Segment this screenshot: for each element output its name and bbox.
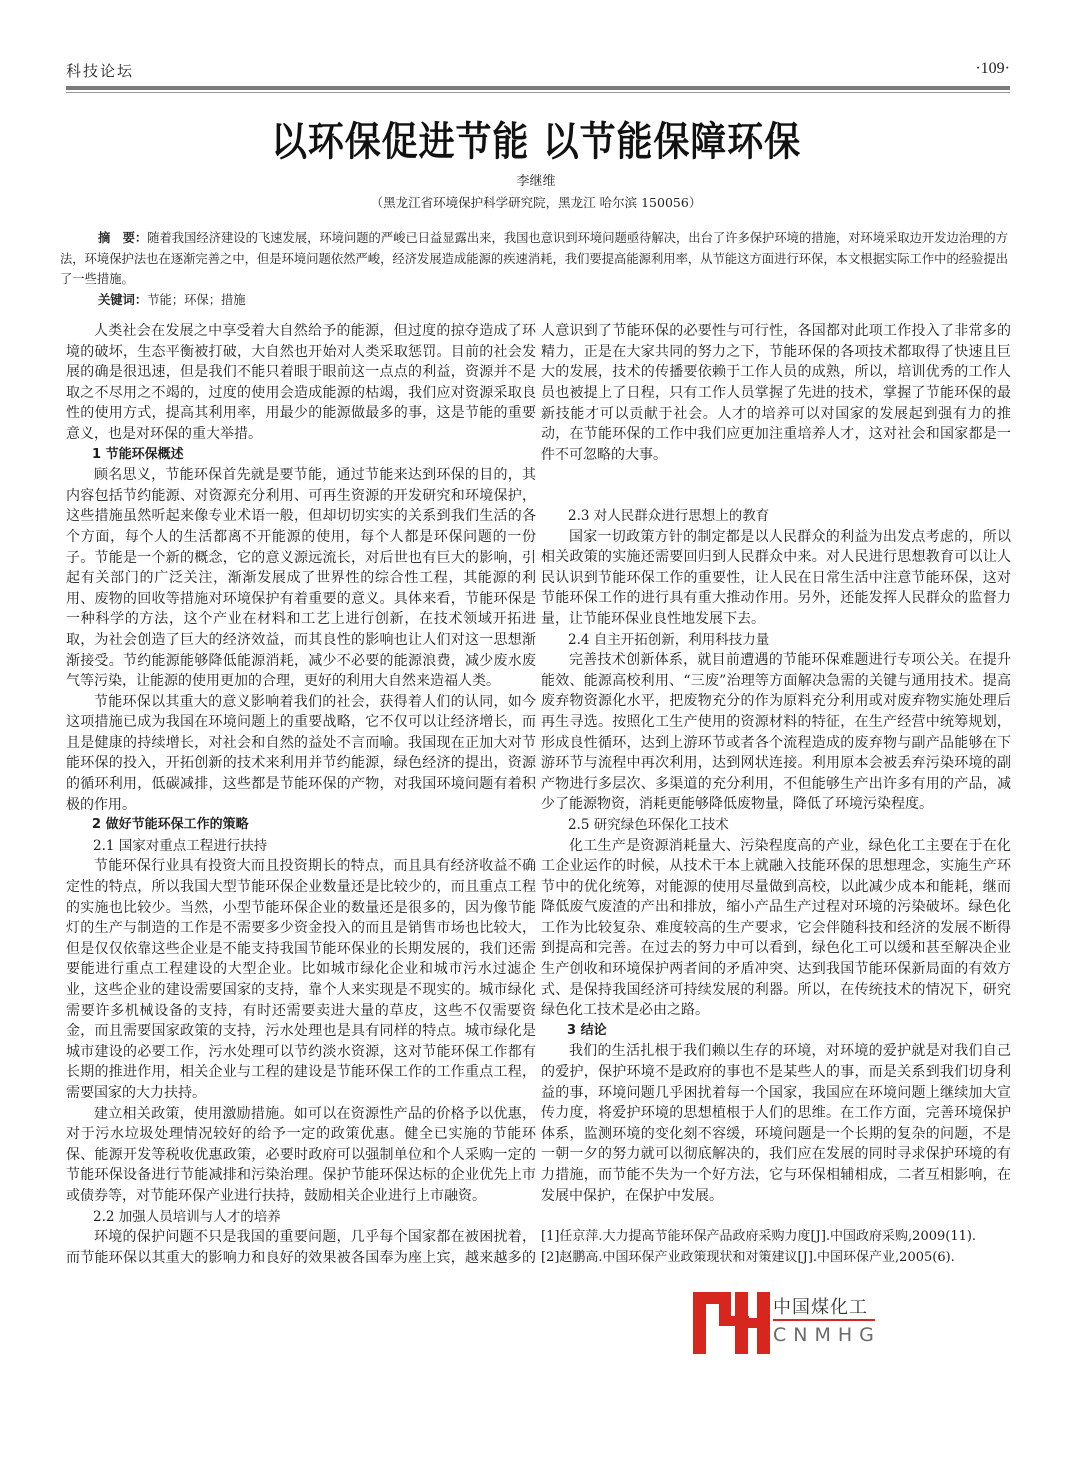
keywords-text: 节能；环保；措施 xyxy=(147,293,245,307)
mh-logo-icon xyxy=(693,1292,771,1354)
article-title: 以环保促进节能 以节能保障环保 xyxy=(54,110,1019,167)
section-1-paragraph-2: 节能环保以其重大的意义影响着我们的社会，获得着人们的认同，如今这项措施已成为我国… xyxy=(66,692,536,816)
subsection-2-2-paragraph-1-cont: 环境的保护问题不只是我国的重要问题，几乎每个国家都在被困扰着，而节能环保以其重大… xyxy=(541,321,1011,465)
header-rule-thin xyxy=(66,92,1010,93)
page-number: ·109· xyxy=(975,60,1010,78)
keywords: 关键词：节能；环保；措施 xyxy=(98,290,246,310)
section-heading-1: 1 节能环保概述 xyxy=(66,445,536,466)
reference-item: [2]赵鹏高.中国环保产业政策现状和对策建议[J].中国环保产业,2005(6)… xyxy=(541,1247,1011,1268)
keywords-label: 关键词： xyxy=(98,293,147,307)
subsection-2-1-paragraph-1: 节能环保行业具有投资大而且投资期长的特点，而且具有经济收益不确定性的特点，所以我… xyxy=(66,856,536,1103)
body-column-left: 人类社会在发展之中享受着大自然给予的能源，但过度的掠夺造成了环境的破坏，生态平衡… xyxy=(66,321,536,1268)
section-1-paragraph-1: 顾名思义，节能环保首先就是要节能，通过节能来达到环保的目的，其内容包括节约能源、… xyxy=(66,465,536,692)
abstract-text: 随着我国经济建设的飞速发展，环境问题的严峻已日益显露出来，我国也意识到环境问题亟… xyxy=(60,231,1008,286)
watermark-divider xyxy=(773,1319,875,1321)
reference-item: [1]任京萍.大力提高节能环保产品政府采购力度[J].中国政府采购,2009(1… xyxy=(541,1226,1011,1247)
subsection-2-3-paragraph-1: 国家一切政策方针的制定都是以人民群众的利益为出发点考虑的，所以相关政策的实施还需… xyxy=(541,527,1011,630)
article-author: 李继维 xyxy=(0,170,1072,189)
watermark-logo: 中国煤化工 CNMHG xyxy=(693,1292,883,1354)
abstract: 摘 要：随着我国经济建设的飞速发展，环境问题的严峻已日益显露出来，我国也意识到环… xyxy=(60,228,1008,290)
author-affiliation: （黑龙江省环境保护科学研究院，黑龙江 哈尔滨 150056） xyxy=(0,193,1072,211)
intro-paragraph: 人类社会在发展之中享受着大自然给予的能源，但过度的掠夺造成了环境的破坏，生态平衡… xyxy=(66,321,536,445)
subsection-heading-2-3: 2.3 对人民群众进行思想上的教育 xyxy=(541,506,1011,527)
watermark-chinese-text: 中国煤化工 xyxy=(773,1293,868,1319)
subsection-heading-2-2: 2.2 加强人员培训与人才的培养 xyxy=(66,1207,536,1228)
watermark-english-text: CNMHG xyxy=(773,1324,881,1346)
subsection-heading-2-5: 2.5 研究绿色环保化工技术 xyxy=(541,815,1011,836)
section-heading-3: 3 结论 xyxy=(541,1021,1011,1042)
journal-section-name: 科技论坛 xyxy=(66,60,134,81)
section-heading-2: 2 做好节能环保工作的策略 xyxy=(66,815,536,836)
section-3-paragraph-1: 我们的生活扎根于我们赖以生存的环境，对环境的爱护就是对我们自己的爱护，保护环境不… xyxy=(541,1041,1011,1206)
abstract-label: 摘 要： xyxy=(98,231,147,245)
subsection-2-5-paragraph-1: 化工生产是资源消耗量大、污染程度高的产业，绿色化工主要在于在化工企业运作的时候，… xyxy=(541,836,1011,1021)
subsection-heading-2-1: 2.1 国家对重点工程进行扶持 xyxy=(66,836,536,857)
subsection-2-1-paragraph-2: 建立相关政策，使用激励措施。如可以在资源性产品的价格予以优惠，对于污水垃圾处理情… xyxy=(66,1104,536,1207)
subsection-heading-2-4: 2.4 自主开拓创新，利用科技力量 xyxy=(541,630,1011,651)
subsection-2-2-continued: 环境的保护问题不只是我国的重要问题，几乎每个国家都在被困扰着，而节能环保以其重大… xyxy=(541,321,1011,506)
header-rule-thick xyxy=(66,86,1010,90)
references: [1]任京萍.大力提高节能环保产品政府采购力度[J].中国政府采购,2009(1… xyxy=(541,1226,1011,1268)
subsection-2-4-paragraph-1: 完善技术创新体系，就目前遭遇的节能环保难题进行专项公关。在提升能效、能源高校利用… xyxy=(541,650,1011,815)
subsection-2-2-paragraph-1: 环境的保护问题不只是我国的重要问题，几乎每个国家都在被困扰着，而节能环保以其重大… xyxy=(66,1227,536,1268)
running-head: 科技论坛 ·109· xyxy=(66,60,1010,86)
body-column-right: 环境的保护问题不只是我国的重要问题，几乎每个国家都在被困扰着，而节能环保以其重大… xyxy=(541,321,1011,1268)
